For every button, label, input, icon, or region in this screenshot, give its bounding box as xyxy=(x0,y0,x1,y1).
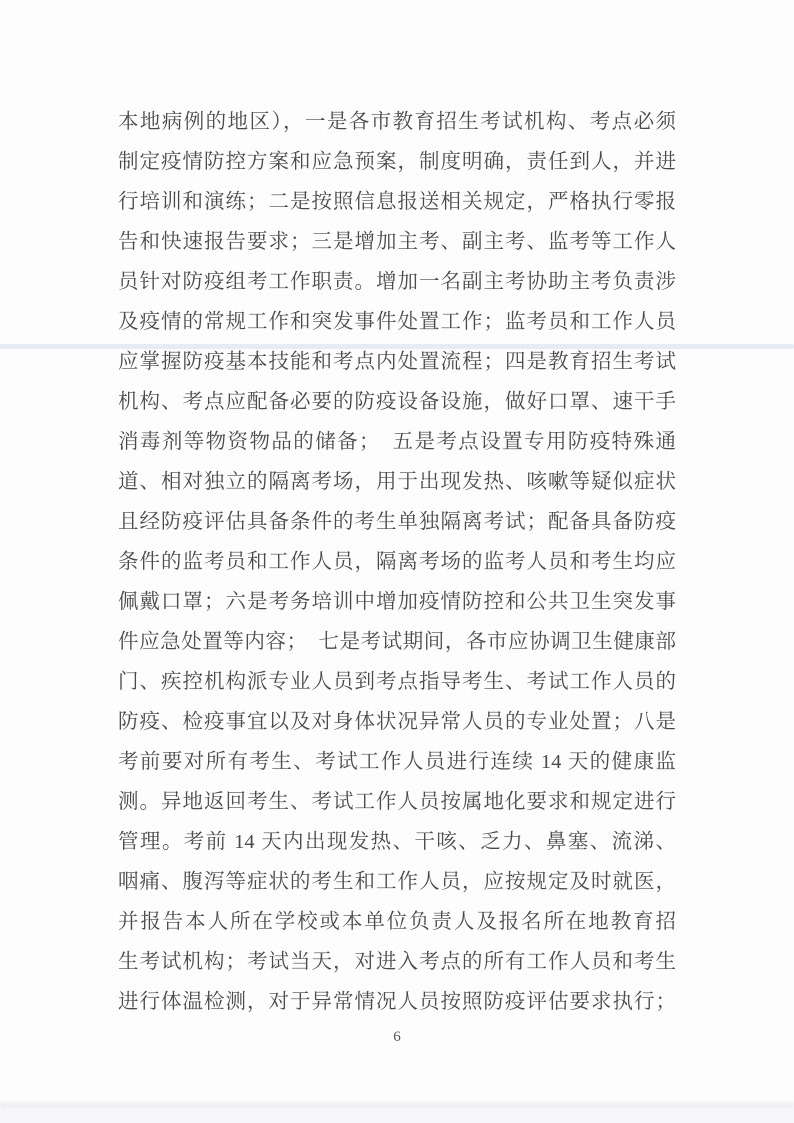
text-line: 佩戴口罩；六是考务培训中增加疫情防控和公共卫生突发事 xyxy=(118,582,676,622)
text-line: 咽痛、腹泻等症状的考生和工作人员，应按规定及时就医， xyxy=(118,862,676,902)
text-line: 告和快速报告要求；三是增加主考、副主考、监考等工作人 xyxy=(118,222,676,262)
text-line: 进行体温检测，对于异常情况人员按照防疫评估要求执行； xyxy=(118,982,676,1022)
text-line: 条件的监考员和工作人员，隔离考场的监考人员和考生均应 xyxy=(118,542,676,582)
text-line: 生考试机构；考试当天，对进入考点的所有工作人员和考生 xyxy=(118,942,676,982)
text-line: 机构、考点应配备必要的防疫设备设施，做好口罩、速干手 xyxy=(118,382,676,422)
text-line: 管理。考前 14 天内出现发热、干咳、乏力、鼻塞、流涕、 xyxy=(118,822,676,862)
text-line: 测。异地返回考生、考试工作人员按属地化要求和规定进行 xyxy=(118,782,676,822)
text-line: 及疫情的常规工作和突发事件处置工作；监考员和工作人员 xyxy=(118,302,676,342)
page-bottom-edge xyxy=(0,1109,794,1123)
text-line: 行培训和演练；二是按照信息报送相关规定，严格执行零报 xyxy=(118,182,676,222)
text-line: 件应急处置等内容； 七是考试期间，各市应协调卫生健康部 xyxy=(118,622,676,662)
text-line: 考前要对所有考生、考试工作人员进行连续 14 天的健康监 xyxy=(118,742,676,782)
page-number: 6 xyxy=(0,1028,794,1046)
text-line: 防疫、检疫事宜以及对身体状况异常人员的专业处置；八是 xyxy=(118,702,676,742)
page-bottom-shadow xyxy=(0,1102,794,1109)
text-line: 应掌握防疫基本技能和考点内处置流程；四是教育招生考试 xyxy=(118,342,676,382)
text-line: 且经防疫评估具备条件的考生单独隔离考试；配备具备防疫 xyxy=(118,502,676,542)
text-line: 制定疫情防控方案和应急预案，制度明确，责任到人，并进 xyxy=(118,142,676,182)
text-line: 员针对防疫组考工作职责。增加一名副主考协助主考负责涉 xyxy=(118,262,676,302)
document-page: 本地病例的地区），一是各市教育招生考试机构、考点必须制定疫情防控方案和应急预案，… xyxy=(0,0,794,1123)
text-line: 道、相对独立的隔离考场，用于出现发热、咳嗽等疑似症状 xyxy=(118,462,676,502)
text-line: 并报告本人所在学校或本单位负责人及报名所在地教育招 xyxy=(118,902,676,942)
text-line: 消毒剂等物资物品的储备； 五是考点设置专用防疫特殊通 xyxy=(118,422,676,462)
document-body: 本地病例的地区），一是各市教育招生考试机构、考点必须制定疫情防控方案和应急预案，… xyxy=(118,102,676,1022)
text-line: 门、疾控机构派专业人员到考点指导考生、考试工作人员的 xyxy=(118,662,676,702)
text-line: 本地病例的地区），一是各市教育招生考试机构、考点必须 xyxy=(118,102,676,142)
